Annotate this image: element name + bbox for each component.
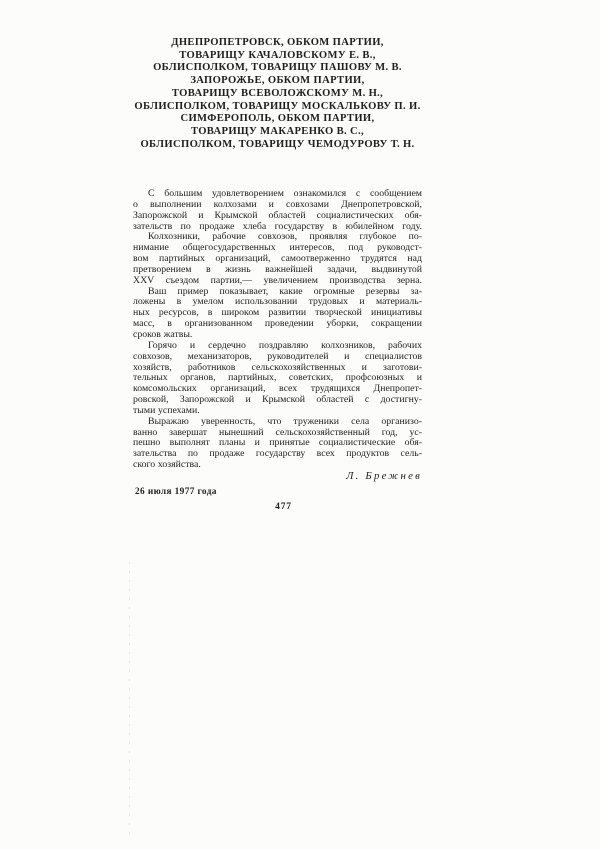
address-line: ДНЕПРОПЕТРОВСК, ОБКОМ ПАРТИИ,	[133, 37, 422, 50]
paragraph-3: Ваш пример показывает, какие огромные ре…	[133, 287, 422, 341]
address-line: ТОВАРИЩУ КАЧАЛОВСКОМУ Е. В.,	[133, 50, 422, 63]
page-number: 477	[139, 502, 428, 512]
address-line: ОБЛИСПОЛКОМ, ТОВАРИЩУ ПАШОВУ М. В.	[133, 62, 422, 75]
letter-line: XXV съездом партии,— увеличением произво…	[133, 276, 422, 287]
address-line: ОБЛИСПОЛКОМ, ТОВАРИЩУ МОСКАЛЬКОВУ П. И.	[133, 101, 422, 114]
letter-line: Запорожской и Крымской областей социалис…	[133, 211, 422, 222]
recipients-address-block: ДНЕПРОПЕТРОВСК, ОБКОМ ПАРТИИ,ТОВАРИЩУ КА…	[133, 37, 422, 151]
paragraph-2: Колхозники, рабочие совхозов, проявляя г…	[133, 232, 422, 286]
address-line: ТОВАРИЩУ ВСЕВОЛОЖСКОМУ М. Н.,	[133, 88, 422, 101]
scan-artifact-dotted-line	[129, 562, 130, 834]
book-page: ДНЕПРОПЕТРОВСК, ОБКОМ ПАРТИИ,ТОВАРИЩУ КА…	[0, 0, 600, 849]
paragraph-1: С большим удовлетворением ознакомился с …	[133, 189, 422, 232]
address-line: ЗАПОРОЖЬЕ, ОБКОМ ПАРТИИ,	[133, 75, 422, 88]
address-line: СИМФЕРОПОЛЬ, ОБКОМ ПАРТИИ,	[133, 113, 422, 126]
paragraph-5: Выражаю уверенность, что труженики села …	[133, 417, 422, 471]
letter-line: совхозов, механизаторов, руководителей и…	[133, 352, 422, 363]
letter-body: С большим удовлетворением ознакомился с …	[133, 189, 422, 471]
paragraph-4: Горячо и сердечно поздравляю колхозников…	[133, 341, 422, 417]
address-line: ОБЛИСПОЛКОМ, ТОВАРИЩУ ЧЕМОДУРОВУ Т. Н.	[133, 139, 422, 152]
signature: Л. Брежнев	[133, 470, 422, 482]
letter-line: Выражаю уверенность, что труженики села …	[133, 417, 422, 428]
dateline: 26 июля 1977 года	[135, 487, 217, 497]
address-line: ТОВАРИЩУ МАКАРЕНКО В. С.,	[133, 126, 422, 139]
